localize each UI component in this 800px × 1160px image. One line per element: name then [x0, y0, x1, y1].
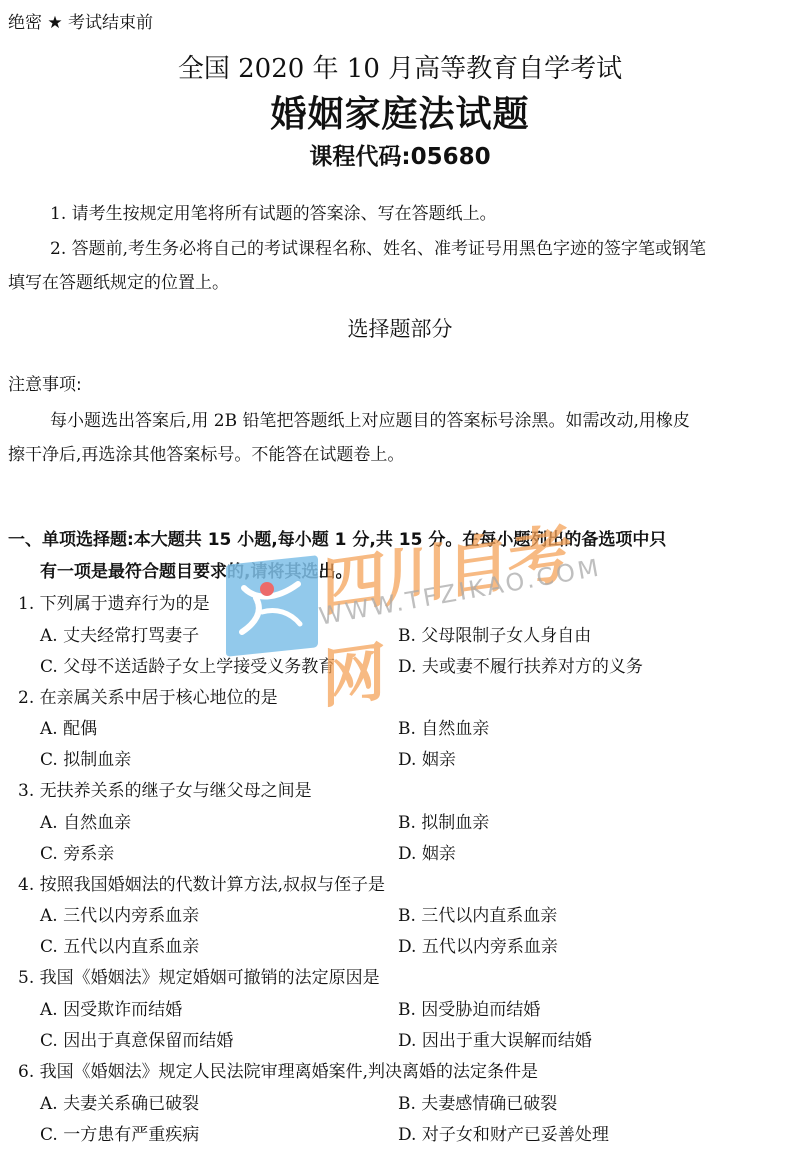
confidential-label: 绝密 ★ 考试结束前 [8, 8, 153, 33]
exam-title: 全国 2020 年 10 月高等教育自学考试 [0, 48, 800, 85]
watermark-figure-icon [236, 578, 306, 638]
question-text: 3. 无扶养关系的继子女与继父母之间是 [18, 776, 312, 801]
option-c: C. 拟制血亲 [40, 745, 131, 770]
option-b: B. 拟制血亲 [398, 808, 489, 833]
instruction-2-cont: 填写在答题纸规定的位置上。 [8, 268, 229, 293]
option-b: B. 自然血亲 [398, 714, 489, 739]
option-a: A. 配偶 [40, 714, 97, 739]
option-c: C. 父母不送适龄子女上学接受义务教育 [40, 652, 335, 677]
option-d: D. 夫或妻不履行扶养对方的义务 [398, 652, 643, 677]
question-text: 2. 在亲属关系中居于核心地位的是 [18, 683, 278, 708]
option-c: C. 旁系亲 [40, 839, 114, 864]
subject-title: 婚姻家庭法试题 [0, 86, 800, 137]
option-a: A. 自然血亲 [40, 808, 131, 833]
option-d: D. 对子女和财产已妥善处理 [398, 1120, 609, 1145]
part-one-heading-1: 一、单项选择题:本大题共 15 小题,每小题 1 分,共 15 分。在每小题列出… [8, 525, 666, 550]
option-a: A. 三代以内旁系血亲 [40, 901, 199, 926]
option-c: C. 一方患有严重疾病 [40, 1120, 199, 1145]
instruction-1: 1. 请考生按规定用笔将所有试题的答案涂、写在答题纸上。 [50, 199, 497, 224]
option-d: D. 五代以内旁系血亲 [398, 932, 558, 957]
option-b: B. 夫妻感情确已破裂 [398, 1089, 557, 1114]
option-d: D. 姻亲 [398, 745, 456, 770]
notes-line-2: 擦干净后,再选涂其他答案标号。不能答在试题卷上。 [8, 440, 404, 465]
question-text: 1. 下列属于遗弃行为的是 [18, 589, 210, 614]
question-text: 4. 按照我国婚姻法的代数计算方法,叔叔与侄子是 [18, 870, 385, 895]
option-c: C. 五代以内直系血亲 [40, 932, 199, 957]
option-a: A. 夫妻关系确已破裂 [40, 1089, 199, 1114]
option-b: B. 因受胁迫而结婚 [398, 995, 540, 1020]
watermark-dot-icon [260, 582, 274, 596]
question-text: 5. 我国《婚姻法》规定婚姻可撤销的法定原因是 [18, 963, 380, 988]
notes-line-1: 每小题选出答案后,用 2B 铅笔把答题纸上对应题目的答案标号涂黑。如需改动,用橡… [50, 406, 690, 431]
course-code: 课程代码:05680 [0, 138, 800, 171]
option-b: B. 父母限制子女人身自由 [398, 621, 591, 646]
option-b: B. 三代以内直系血亲 [398, 901, 557, 926]
option-d: D. 姻亲 [398, 839, 456, 864]
instruction-2: 2. 答题前,考生务必将自己的考试课程名称、姓名、准考证号用黑色字迹的签字笔或钢… [50, 234, 706, 259]
question-text: 6. 我国《婚姻法》规定人民法院审理离婚案件,判决离婚的法定条件是 [18, 1057, 538, 1082]
part-one-heading-2: 有一项是最符合题目要求的,请将其选出。 [40, 557, 352, 582]
notes-label: 注意事项: [8, 370, 82, 395]
option-a: A. 丈夫经常打骂妻子 [40, 621, 199, 646]
option-d: D. 因出于重大误解而结婚 [398, 1026, 592, 1051]
option-a: A. 因受欺诈而结婚 [40, 995, 182, 1020]
watermark-url: WWW.TFZIKAO.COM [317, 553, 604, 630]
option-c: C. 因出于真意保留而结婚 [40, 1026, 233, 1051]
section-heading: 选择题部分 [0, 313, 800, 343]
